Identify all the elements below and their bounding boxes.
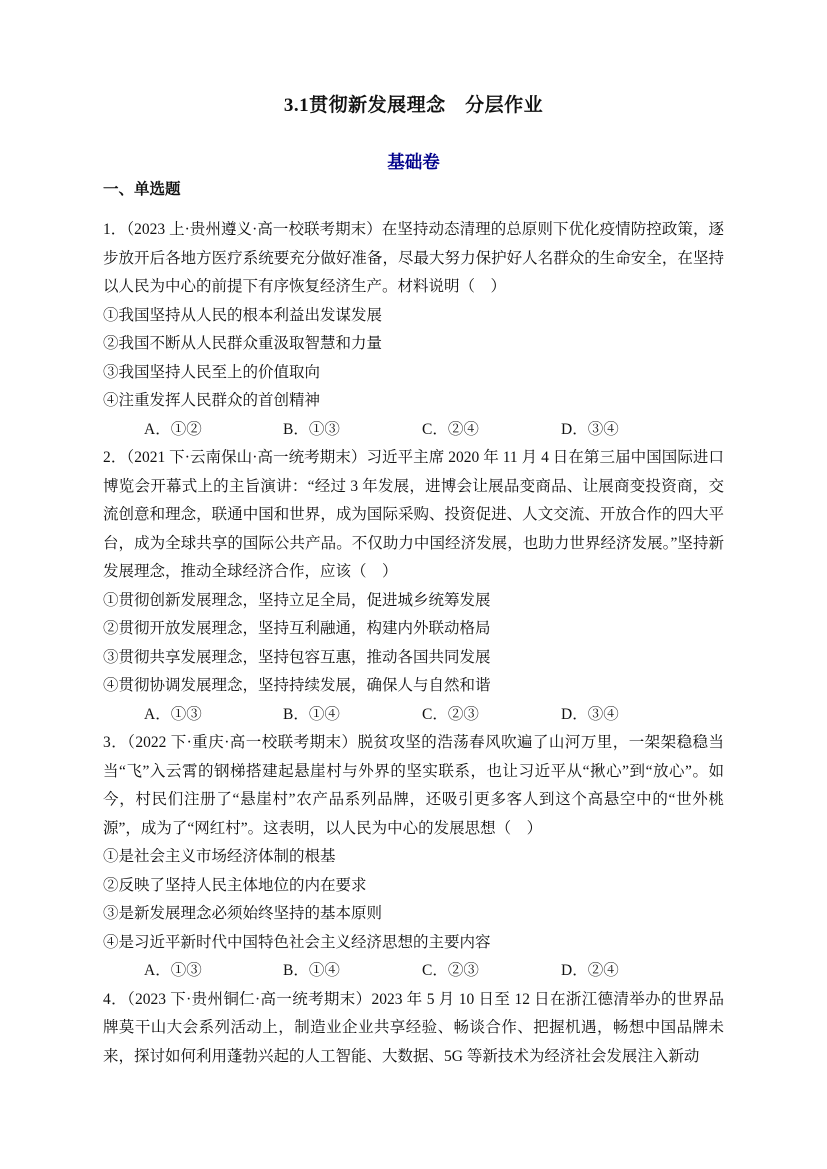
question-3-stem: 3．（2022 下·重庆·高一校联考期末）脱贫攻坚的浩荡春风吹遍了山河万里，一架…: [103, 729, 724, 843]
question-3-option-b: B．①④: [283, 957, 422, 986]
question-3: 3．（2022 下·重庆·高一校联考期末）脱贫攻坚的浩荡春风吹遍了山河万里，一架…: [103, 729, 724, 986]
question-1-item-1: ①我国坚持从人民的根本利益出发谋发展: [103, 302, 724, 331]
question-2-option-d: D．③④: [561, 701, 619, 730]
question-1-stem: 1．（2023 上·贵州遵义·高一校联考期末）在坚持动态清理的总原则下优化疫情防…: [103, 216, 724, 302]
question-2-option-c: C．②③: [422, 701, 561, 730]
worksheet-page: 3.1贯彻新发展理念 分层作业 基础卷 一、单选题 1．（2023 上·贵州遵义…: [0, 0, 827, 1169]
question-list: 1．（2023 上·贵州遵义·高一校联考期末）在坚持动态清理的总原则下优化疫情防…: [103, 216, 724, 1071]
question-1-option-d: D．③④: [561, 416, 619, 445]
subtitle-basic-volume: 基础卷: [103, 150, 724, 174]
question-3-option-d: D．②④: [561, 957, 619, 986]
question-3-item-4: ④是习近平新时代中国特色社会主义经济思想的主要内容: [103, 929, 724, 958]
question-2-option-a: A．①③: [144, 701, 283, 730]
question-3-item-1: ①是社会主义市场经济体制的根基: [103, 843, 724, 872]
question-1-option-a: A．①②: [144, 416, 283, 445]
question-3-options-row: A．①③ B．①④ C．②③ D．②④: [103, 957, 724, 986]
question-2-item-1: ①贯彻创新发展理念，坚持立足全局，促进城乡统筹发展: [103, 587, 724, 616]
question-3-item-3: ③是新发展理念必须始终坚持的基本原则: [103, 900, 724, 929]
question-1-option-b: B．①③: [283, 416, 422, 445]
question-1: 1．（2023 上·贵州遵义·高一校联考期末）在坚持动态清理的总原则下优化疫情防…: [103, 216, 724, 444]
question-2-stem: 2．（2021 下·云南保山·高一统考期末）习近平主席 2020 年 11 月 …: [103, 444, 724, 587]
question-1-item-3: ③我国坚持人民至上的价值取向: [103, 359, 724, 388]
question-1-options-row: A．①② B．①③ C．②④ D．③④: [103, 416, 724, 445]
question-2-option-b: B．①④: [283, 701, 422, 730]
question-1-option-c: C．②④: [422, 416, 561, 445]
question-4: 4．（2023 下·贵州铜仁·高一统考期末）2023 年 5 月 10 日至 1…: [103, 986, 724, 1072]
question-3-item-2: ②反映了坚持人民主体地位的内在要求: [103, 872, 724, 901]
question-1-item-4: ④注重发挥人民群众的首创精神: [103, 387, 724, 416]
page-title: 3.1贯彻新发展理念 分层作业: [103, 92, 724, 120]
section-heading-single-choice: 一、单选题: [103, 178, 724, 202]
question-2-item-3: ③贯彻共享发展理念，坚持包容互惠，推动各国共同发展: [103, 644, 724, 673]
question-3-option-a: A．①③: [144, 957, 283, 986]
question-2: 2．（2021 下·云南保山·高一统考期末）习近平主席 2020 年 11 月 …: [103, 444, 724, 729]
question-1-item-2: ②我国不断从人民群众重汲取智慧和力量: [103, 330, 724, 359]
question-2-item-2: ②贯彻开放发展理念，坚持互利融通，构建内外联动格局: [103, 615, 724, 644]
question-2-options-row: A．①③ B．①④ C．②③ D．③④: [103, 701, 724, 730]
question-3-option-c: C．②③: [422, 957, 561, 986]
question-2-item-4: ④贯彻协调发展理念，坚持持续发展，确保人与自然和谐: [103, 672, 724, 701]
question-4-stem: 4．（2023 下·贵州铜仁·高一统考期末）2023 年 5 月 10 日至 1…: [103, 986, 724, 1072]
